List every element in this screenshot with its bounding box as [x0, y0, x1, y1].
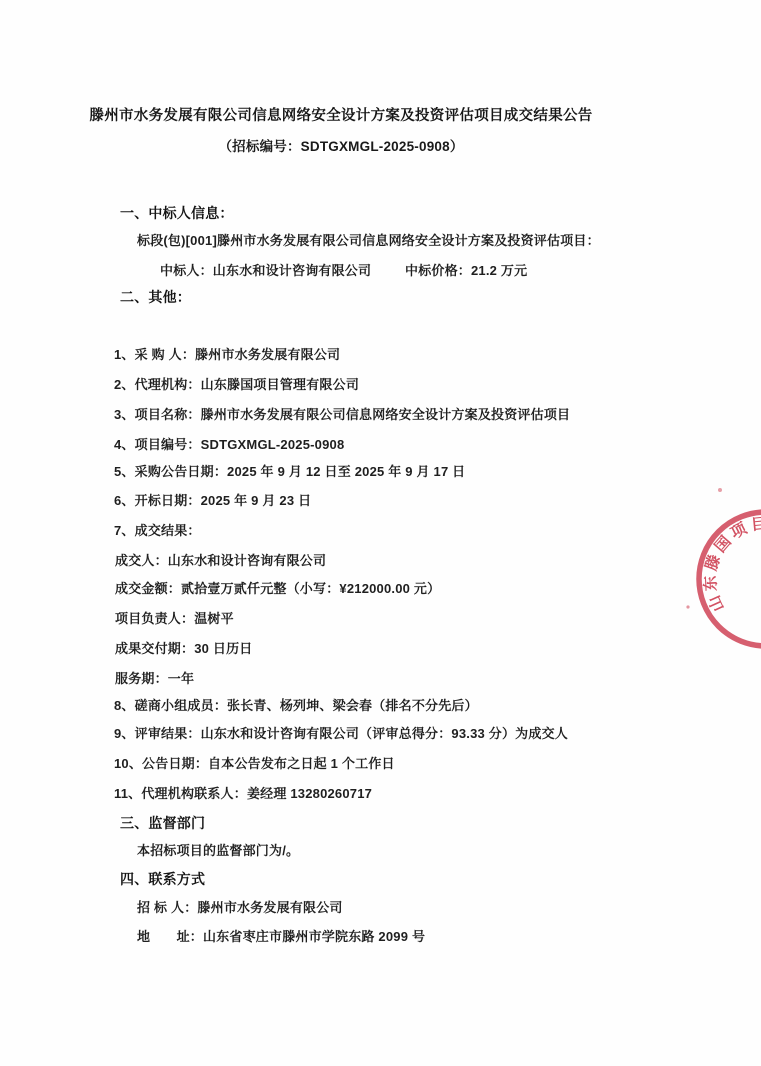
result-service-period: 服务期：一年: [115, 671, 194, 687]
list-item-project-name: 3、项目名称：滕州市水务发展有限公司信息网络安全设计方案及投资评估项目: [114, 407, 570, 423]
seal-text: 山东滕国项目管理有限公司: [700, 514, 761, 625]
result-delivery: 成果交付期：30 日历日: [115, 641, 252, 657]
doc-title: 滕州市水务发展有限公司信息网络安全设计方案及投资评估项目成交结果公告: [89, 107, 592, 125]
result-awardee: 成交人：山东水和设计咨询有限公司: [115, 553, 326, 569]
list-item-agency: 2、代理机构：山东滕国项目管理有限公司: [114, 377, 359, 393]
section2-heading: 二、其他：: [120, 289, 191, 307]
document-page: 滕州市水务发展有限公司信息网络安全设计方案及投资评估项目成交结果公告 （招标编号…: [0, 0, 761, 1066]
section4-heading: 四、联系方式: [120, 871, 205, 889]
company-seal-stamp: 山东滕国项目管理有限公司: [640, 470, 761, 690]
result-amount: 成交金额：贰拾壹万贰仟元整（小写：¥212000.00 元）: [115, 581, 440, 597]
list-item-project-number: 4、项目编号：SDTGXMGL-2025-0908: [114, 437, 344, 453]
price-line: 中标价格：21.2 万元: [405, 263, 527, 279]
contact-address: 地 址：山东省枣庄市滕州市学院东路 2099 号: [137, 929, 425, 945]
winner-line: 中标人：山东水和设计咨询有限公司: [160, 263, 371, 279]
list-item-panel-members: 8、磋商小组成员：张长青、杨列坤、梁会春（排名不分先后）: [114, 698, 478, 714]
ink-speck-icon: [686, 605, 689, 608]
supervision-body: 本招标项目的监督部门为/。: [137, 843, 299, 859]
contact-bidder: 招 标 人：滕州市水务发展有限公司: [137, 900, 343, 916]
list-item-result-heading: 7、成交结果：: [114, 523, 201, 539]
list-item-notice-period: 10、公告日期：自本公告发布之日起 1 个工作日: [114, 756, 395, 772]
doc-subtitle: （招标编号：SDTGXMGL-2025-0908）: [218, 139, 463, 156]
list-item-purchaser: 1、采 购 人：滕州市水务发展有限公司: [114, 347, 340, 363]
list-item-notice-dates: 5、采购公告日期：2025 年 9 月 12 日至 2025 年 9 月 17 …: [114, 464, 465, 480]
list-item-agency-contact: 11、代理机构联系人：姜经理 13280260717: [114, 786, 372, 802]
result-manager: 项目负责人：温树平: [115, 611, 234, 627]
section1-heading: 一、中标人信息：: [120, 205, 234, 223]
lot-line: 标段(包)[001]滕州市水务发展有限公司信息网络安全设计方案及投资评估项目：: [137, 233, 600, 249]
list-item-review-result: 9、评审结果：山东水和设计咨询有限公司（评审总得分：93.33 分）为成交人: [114, 726, 568, 742]
list-item-opening-date: 6、开标日期：2025 年 9 月 23 日: [114, 493, 311, 509]
section3-heading: 三、监督部门: [120, 815, 205, 833]
ink-speck-icon: [718, 488, 722, 492]
